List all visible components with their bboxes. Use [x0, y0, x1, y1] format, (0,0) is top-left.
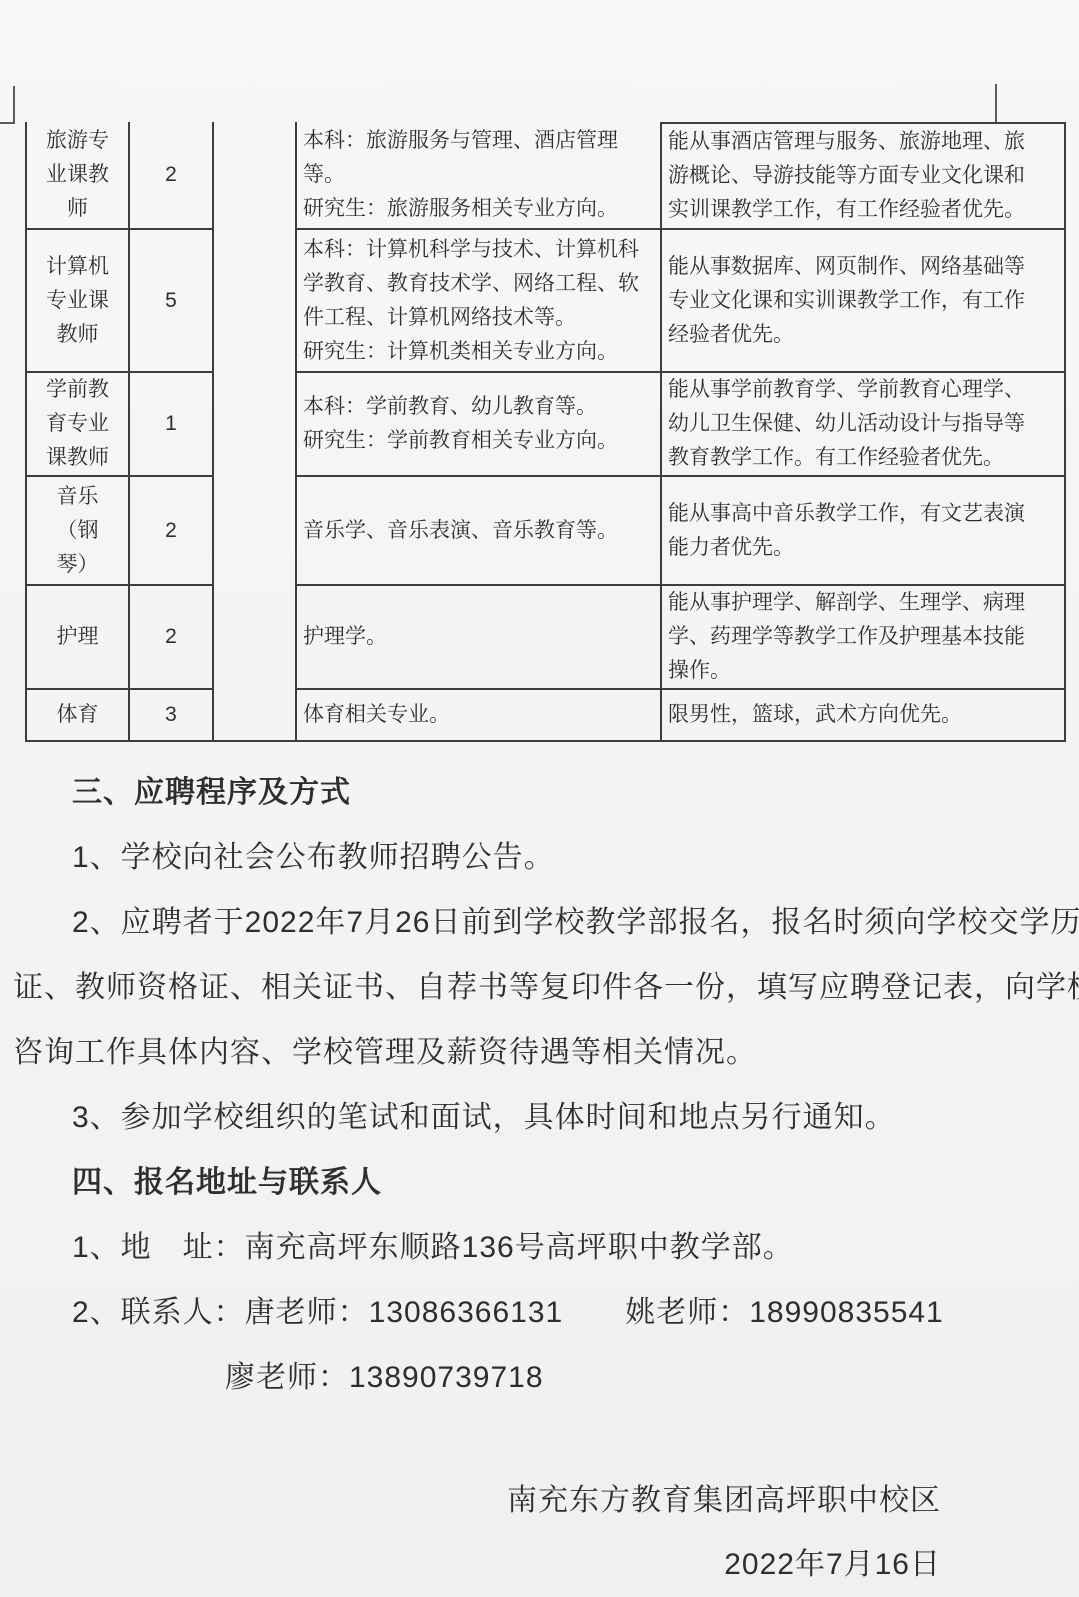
duties-cell: 能从事数据库、网页制作、网络基础等 专业文化课和实训课教学工作，有工作 经验者优…	[662, 230, 1064, 373]
count-cell: 2	[130, 477, 214, 586]
majors-cell: 音乐学、音乐表演、音乐教育等。	[297, 477, 662, 586]
majors-cell: 体育相关专业。	[297, 690, 662, 740]
section-line: 证、教师资格证、相关证书、自荐书等复印件各一份，填写应聘登记表，向学校	[0, 955, 1079, 1020]
count-cell: 1	[130, 373, 214, 477]
count-cell: 2	[130, 122, 214, 230]
duties-cell: 能从事高中音乐教学工作，有文艺表演 能力者优先。	[662, 477, 1064, 586]
count-cell: 5	[130, 230, 214, 373]
majors-cell: 护理学。	[297, 586, 662, 690]
procedure-sections: 三、应聘程序及方式1、学校向社会公布教师招聘公告。2、应聘者于2022年7月26…	[0, 760, 1079, 1410]
section-line: 廖老师：13890739718	[0, 1345, 1079, 1410]
majors-cell: 本科：计算机科学与技术、计算机科 学教育、教育技术学、网络工程、软 件工程、计算…	[297, 230, 662, 373]
majors-cell: 本科：旅游服务与管理、酒店管理 等。 研究生：旅游服务相关专业方向。	[297, 122, 662, 230]
spacer-cell	[214, 122, 297, 740]
count-cell: 3	[130, 690, 214, 740]
document-page: 旅游专 业课教 师2本科：旅游服务与管理、酒店管理 等。 研究生：旅游服务相关专…	[0, 0, 1079, 1597]
crop-mark-right-icon	[995, 84, 1039, 124]
section-heading: 三、应聘程序及方式	[0, 760, 1079, 825]
recruitment-table: 旅游专 业课教 师2本科：旅游服务与管理、酒店管理 等。 研究生：旅游服务相关专…	[25, 122, 1066, 742]
section-line: 1、地 址：南充高坪东顺路136号高坪职中教学部。	[0, 1215, 1079, 1280]
duties-cell: 能从事护理学、解剖学、生理学、病理 学、药理学等教学工作及护理基本技能 操作。	[662, 586, 1064, 690]
section-line: 1、学校向社会公布教师招聘公告。	[0, 825, 1079, 890]
crop-mark-left-icon	[0, 86, 15, 124]
duties-cell: 能从事酒店管理与服务、旅游地理、旅 游概论、导游技能等方面专业文化课和 实训课教…	[662, 122, 1064, 230]
closing-organization: 南充东方教育集团高坪职中校区	[0, 1476, 1079, 1526]
position-cell: 学前教 育专业 课教师	[27, 373, 130, 477]
position-cell: 旅游专 业课教 师	[27, 122, 130, 230]
position-cell: 护理	[27, 586, 130, 690]
section-heading: 四、报名地址与联系人	[0, 1150, 1079, 1215]
position-cell: 体育	[27, 690, 130, 740]
duties-cell: 能从事学前教育学、学前教育心理学、 幼儿卫生保健、幼儿活动设计与指导等 教育教学…	[662, 373, 1064, 477]
duties-cell: 限男性，篮球，武术方向优先。	[662, 690, 1064, 740]
closing-date: 2022年7月16日	[0, 1540, 1079, 1590]
section-line: 咨询工作具体内容、学校管理及薪资待遇等相关情况。	[0, 1020, 1079, 1085]
position-cell: 音乐 （钢 琴）	[27, 477, 130, 586]
section-line: 2、应聘者于2022年7月26日前到学校教学部报名，报名时须向学校交学历	[0, 890, 1079, 955]
majors-cell: 本科：学前教育、幼儿教育等。 研究生：学前教育相关专业方向。	[297, 373, 662, 477]
position-cell: 计算机 专业课 教师	[27, 230, 130, 373]
count-cell: 2	[130, 586, 214, 690]
section-line: 3、参加学校组织的笔试和面试，具体时间和地点另行通知。	[0, 1085, 1079, 1150]
section-line: 2、联系人：唐老师：13086366131 姚老师：18990835541	[0, 1280, 1079, 1345]
